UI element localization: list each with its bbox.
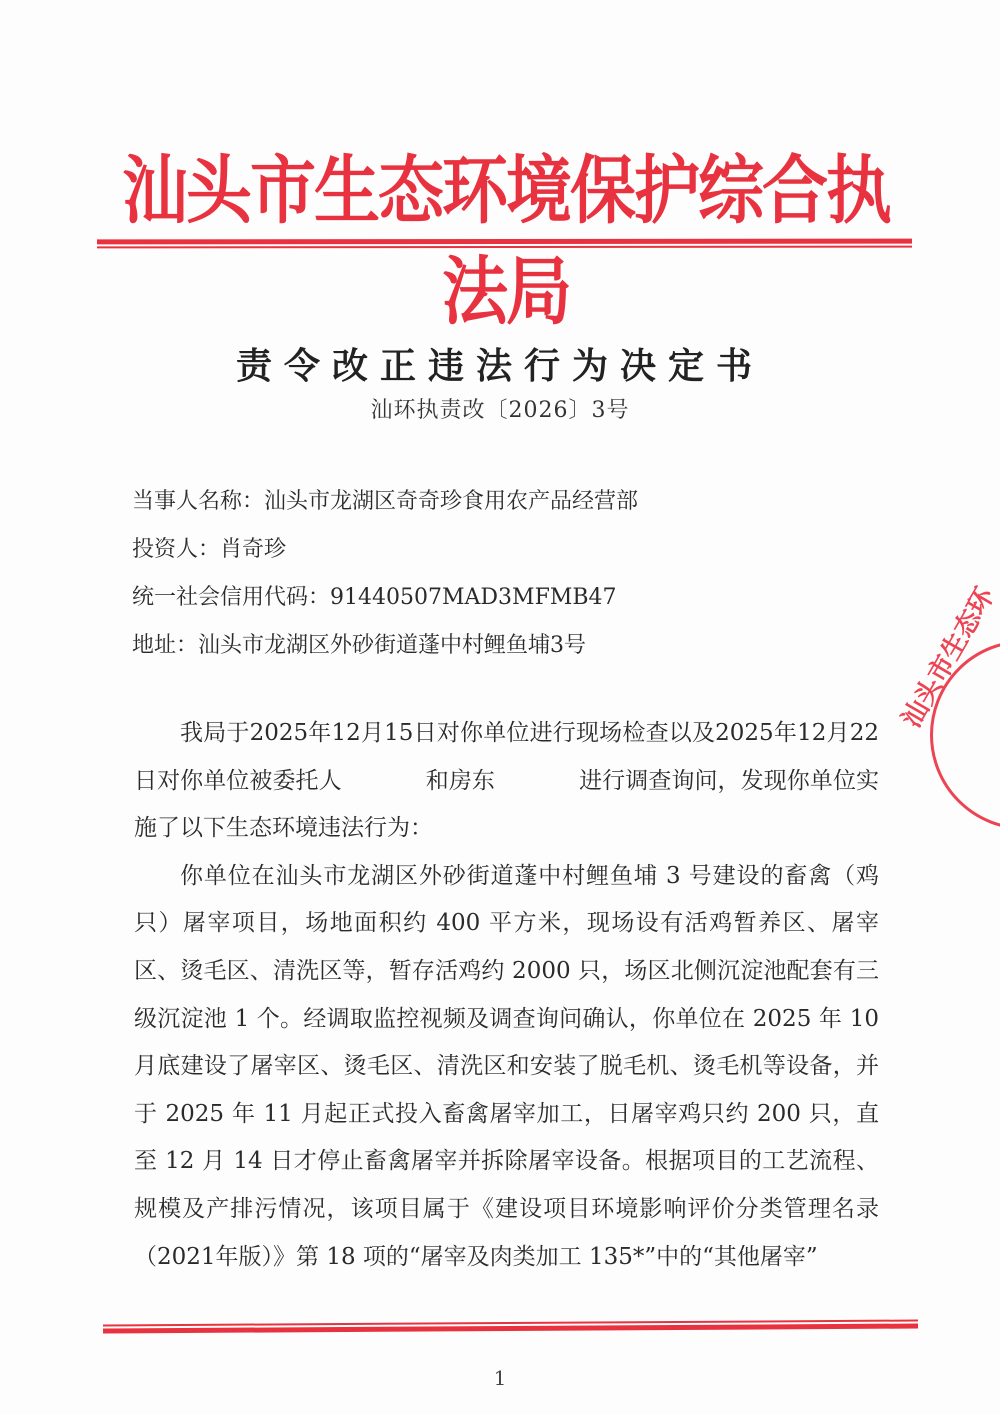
credit-code-value: 91440507MAD3MFMB47 xyxy=(330,585,617,610)
investor-row: 投资人：肖奇珍 xyxy=(132,526,638,574)
credit-code-label: 统一社会信用代码： xyxy=(132,585,330,610)
document-number: 汕环执责改〔2026〕3号 xyxy=(0,393,1000,424)
document-body: 我局于2025年12月15日对你单位进行现场检查以及2025年12月22日对你单… xyxy=(134,710,879,1281)
footer-red-rule xyxy=(103,1320,918,1326)
investor-value: 肖奇珍 xyxy=(220,537,286,562)
paragraph-text: 和房东 xyxy=(426,768,495,794)
paragraph-inspection: 我局于2025年12月15日对你单位进行现场检查以及2025年12月22日对你单… xyxy=(134,710,879,853)
paragraph-violation-facts: 你单位在汕头市龙湖区外砂街道蓬中村鲤鱼埔 3 号建设的畜禽（鸡只）屠宰项目，场地… xyxy=(134,853,879,1281)
address-value: 汕头市龙湖区外砂街道蓬中村鲤鱼埔3号 xyxy=(198,633,586,658)
document-page: 汕头市生态环境保护综合执法局 责令改正违法行为决定书 汕环执责改〔2026〕3号… xyxy=(0,0,1000,1414)
address-row: 地址：汕头市龙湖区外砂街道蓬中村鲤鱼埔3号 xyxy=(132,622,638,670)
party-info: 当事人名称：汕头市龙湖区奇奇珍食用农产品经营部 投资人：肖奇珍 统一社会信用代码… xyxy=(132,478,638,670)
investor-label: 投资人： xyxy=(132,537,220,562)
document-title: 责令改正违法行为决定书 xyxy=(0,338,1000,389)
party-name-label: 当事人名称： xyxy=(132,489,264,514)
header-red-rule xyxy=(97,239,912,245)
page-number: 1 xyxy=(0,1366,1000,1390)
credit-code-row: 统一社会信用代码：91440507MAD3MFMB47 xyxy=(132,574,638,622)
party-name-row: 当事人名称：汕头市龙湖区奇奇珍食用农产品经营部 xyxy=(132,478,638,526)
party-name-value: 汕头市龙湖区奇奇珍食用农产品经营部 xyxy=(264,489,638,514)
address-label: 地址： xyxy=(132,633,198,658)
